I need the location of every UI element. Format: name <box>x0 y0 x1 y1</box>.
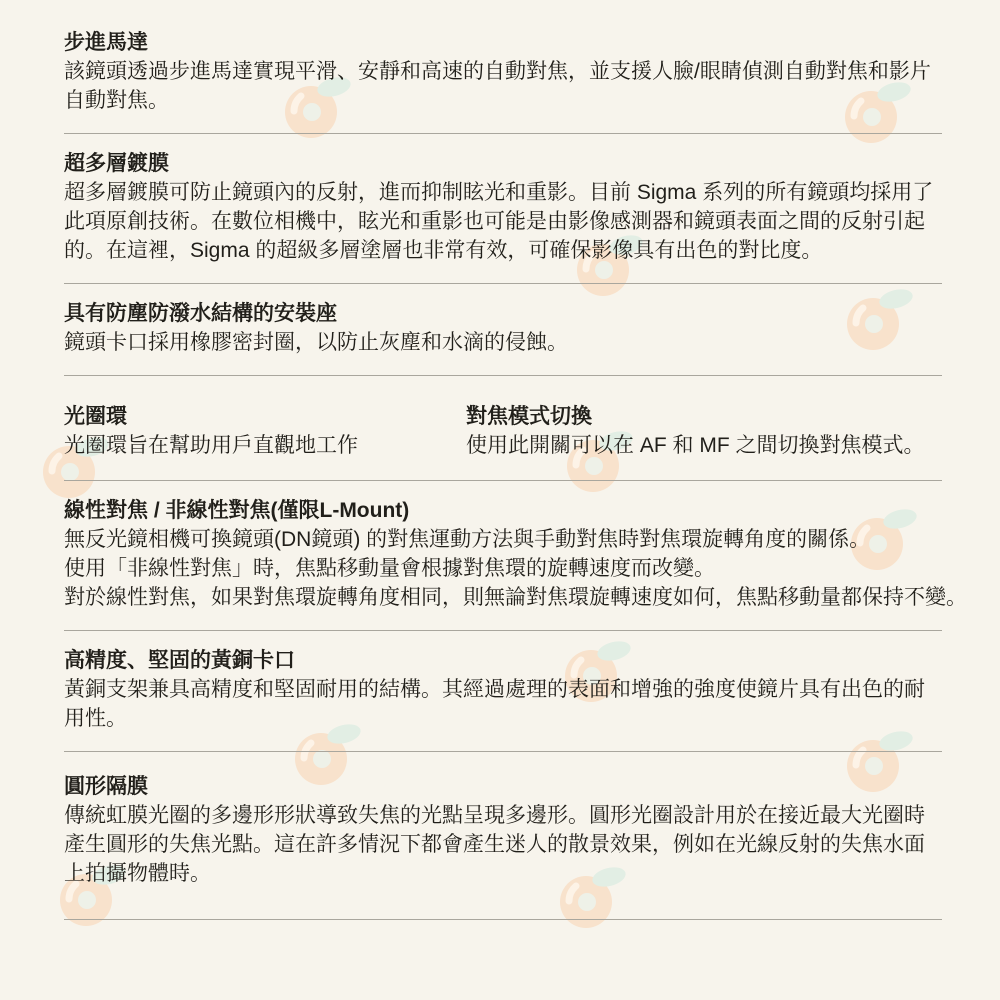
section-heading: 對焦模式切換 <box>466 402 942 431</box>
section-heading: 光圈環 <box>64 402 466 431</box>
section-paragraph: 黃銅支架兼具高精度和堅固耐用的結構。其經過處理的表面和增強的強度使鏡片具有出色的… <box>64 675 942 733</box>
section-heading: 圓形隔膜 <box>64 772 942 801</box>
section-heading: 線性對焦 / 非線性對焦(僅限L-Mount) <box>64 496 942 525</box>
section-paragraph: 光圈環旨在幫助用戶直觀地工作 <box>64 431 466 460</box>
section-rounded-diaphragm: 圓形隔膜傳統虹膜光圈的多邊形形狀導致失焦的光點呈現多邊形。圓形光圈設計用於在接近… <box>64 752 942 920</box>
section-linear-nonlinear-focus: 線性對焦 / 非線性對焦(僅限L-Mount)無反光鏡相機可換鏡頭(DN鏡頭) … <box>64 481 942 631</box>
section-paragraph: 傳統虹膜光圈的多邊形形狀導致失焦的光點呈現多邊形。圓形光圈設計用於在接近最大光圈… <box>64 801 942 888</box>
section-dust-splash-proof-mount: 具有防塵防潑水結構的安裝座鏡頭卡口採用橡膠密封圈，以防止灰塵和水滴的侵蝕。 <box>64 284 942 376</box>
column-aperture-ring: 光圈環光圈環旨在幫助用戶直觀地工作 <box>64 402 466 460</box>
section-super-multi-layer-coating: 超多層鍍膜超多層鍍膜可防止鏡頭內的反射，進而抑制眩光和重影。目前 Sigma 系… <box>64 134 942 284</box>
section-paragraph: 使用此開關可以在 AF 和 MF 之間切換對焦模式。 <box>466 431 942 460</box>
section-brass-mount: 高精度、堅固的黃銅卡口黃銅支架兼具高精度和堅固耐用的結構。其經過處理的表面和增強… <box>64 631 942 752</box>
section-stepping-motor: 步進馬達該鏡頭透過步進馬達實現平滑、安靜和高速的自動對焦，並支援人臉/眼睛偵測自… <box>64 0 942 134</box>
section-aperture-ring-and-focus-mode-switch: 光圈環光圈環旨在幫助用戶直觀地工作對焦模式切換使用此開關可以在 AF 和 MF … <box>64 376 942 481</box>
section-paragraph: 鏡頭卡口採用橡膠密封圈，以防止灰塵和水滴的侵蝕。 <box>64 328 942 357</box>
section-paragraph: 對於線性對焦，如果對焦環旋轉角度相同，則無論對焦環旋轉速度如何，焦點移動量都保持… <box>64 583 942 612</box>
section-paragraph: 超多層鍍膜可防止鏡頭內的反射，進而抑制眩光和重影。目前 Sigma 系列的所有鏡… <box>64 178 942 265</box>
section-heading: 具有防塵防潑水結構的安裝座 <box>64 299 942 328</box>
section-heading: 超多層鍍膜 <box>64 149 942 178</box>
section-paragraph: 使用「非線性對焦」時，焦點移動量會根據對焦環的旋轉速度而改變。 <box>64 554 942 583</box>
product-description: 步進馬達該鏡頭透過步進馬達實現平滑、安靜和高速的自動對焦，並支援人臉/眼睛偵測自… <box>0 0 1000 920</box>
section-heading: 高精度、堅固的黃銅卡口 <box>64 646 942 675</box>
column-focus-mode-switch: 對焦模式切換使用此開關可以在 AF 和 MF 之間切換對焦模式。 <box>466 402 942 460</box>
section-paragraph: 無反光鏡相機可換鏡頭(DN鏡頭) 的對焦運動方法與手動對焦時對焦環旋轉角度的關係… <box>64 525 942 554</box>
page: 步進馬達該鏡頭透過步進馬達實現平滑、安靜和高速的自動對焦，並支援人臉/眼睛偵測自… <box>0 0 1000 1000</box>
section-paragraph: 該鏡頭透過步進馬達實現平滑、安靜和高速的自動對焦，並支援人臉/眼睛偵測自動對焦和… <box>64 57 942 115</box>
section-heading: 步進馬達 <box>64 28 942 57</box>
